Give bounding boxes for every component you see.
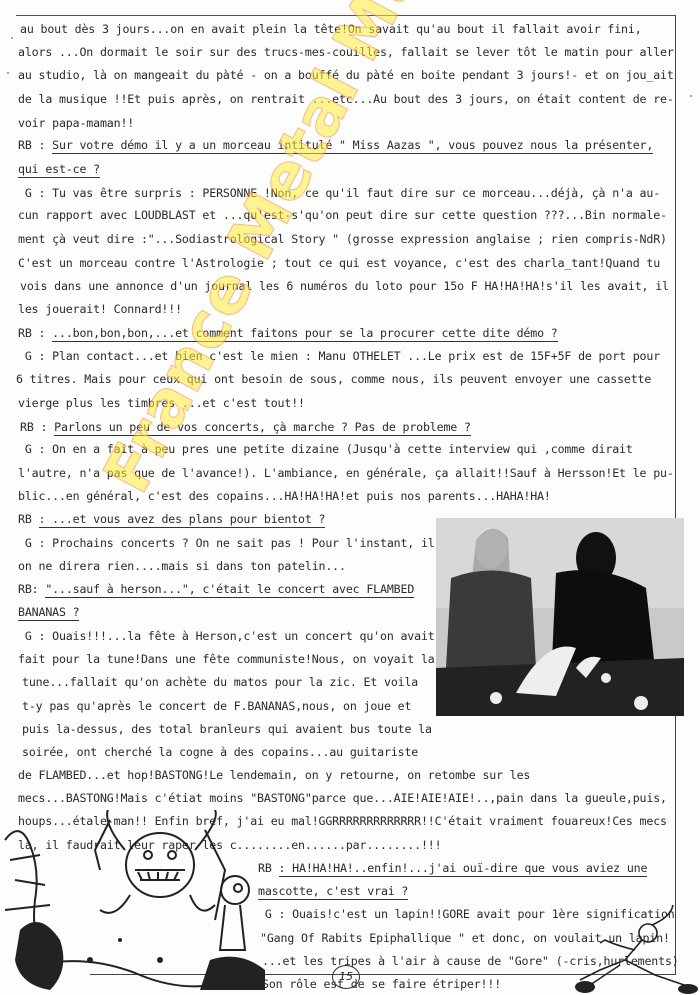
line-text: de FLAMBED...et hop!BASTONG!Le lendemain… [18,768,530,782]
text-line: l'autre, n'a pas que de l'avance!). L'am… [18,466,674,480]
line-text: au bout dès 3 jours...on en avait plein … [20,22,642,36]
line-text: alors ...On dormait le soir sur des truc… [18,45,674,59]
text-line: mecs...BASTONG!Mais c'étiat moins "BASTO… [18,791,667,805]
band-photo [436,518,684,716]
line-text: de la musique !!Et puis après, on rentra… [18,92,674,106]
fanzine-page: au bout dès 3 jours...on en avait plein … [0,0,700,995]
text-line: C'est un morceau contre l'Astrologie ; t… [18,256,660,270]
line-text: vierge plus les timbres ...et c'est tout… [18,396,305,410]
line-text: ...bon,bon,bon,...et comment faitons pou… [52,326,557,342]
line-text: Parlons un peu de vos concerts, çà march… [54,420,471,436]
text-line: fait pour la tune!Dans une fête communis… [18,652,435,666]
line-text: puis la-dessus, des total branleurs qui … [22,722,432,736]
line-text: ment çà veut dire :"...Sodiastrological … [18,232,667,246]
text-line: qui est-ce ? [18,162,100,176]
scan-speck [11,37,13,39]
text-line: soirée, ont cherché la cogne à des copai… [22,745,418,759]
text-line: on ne direra rien....mais si dans ton pa… [18,559,346,573]
text-line: alors ...On dormait le soir sur des truc… [18,45,674,59]
question-line: RB : Parlons un peu de vos concerts, çà … [20,420,471,434]
line-text: on ne direra rien....mais si dans ton pa… [18,559,346,573]
text-line: G : On en a fait à peu pres une petite d… [18,442,633,456]
line-text: mecs...BASTONG!Mais c'étiat moins "BASTO… [18,791,667,805]
speaker-label: RB: [18,582,45,596]
line-text: les jouerait! Connard!!! [18,302,182,316]
text-line: puis la-dessus, des total branleurs qui … [22,722,432,736]
line-text: C'est un morceau contre l'Astrologie ; t… [18,256,660,270]
monster-illustration [0,810,270,995]
line-text: vois dans une annonce d'un journal les 6… [20,279,669,293]
question-line: RB : ...bon,bon,bon,...et comment faiton… [18,326,558,340]
question-line: RB : ...et vous avez des plans pour bien… [18,512,325,526]
line-text: mascotte, c'est vrai ? [258,884,408,900]
line-text: fait pour la tune!Dans une fête communis… [18,652,435,666]
line-text: BANANAS ? [18,605,79,621]
question-line: RB : Sur votre démo il y a un morceau in… [18,138,653,152]
line-text: tune...fallait qu'on achète du matos pou… [22,675,418,689]
text-line: de FLAMBED...et hop!BASTONG!Le lendemain… [18,768,530,782]
line-text: G : Tu vas être surpris : PERSONNE !Non,… [18,186,660,200]
line-text: soirée, ont cherché la cogne à des copai… [22,745,418,759]
running-figure-illustration [560,905,700,995]
text-line: ment çà veut dire :"...Sodiastrological … [18,232,667,246]
question-line: RB : HA!HA!HA!..enfin!...j'ai ouï-dire q… [258,861,647,875]
text-line: Son rôle est de se faire étriper!!! [262,977,501,991]
line-text: "...sauf à herson...", c'était le concer… [45,582,414,598]
frame-border-top [16,15,675,16]
page-number: 15 [332,965,360,989]
line-text: G : Plan contact...et bien c'est le mien… [18,349,660,363]
text-line: au studio, là on mangeait du pàté - on a… [18,68,674,82]
line-text: Sur votre démo il y a un morceau intitul… [52,138,653,154]
line-text: 6 titres. Mais pour ceux qui ont besoin … [16,372,651,386]
text-line: les jouerait! Connard!!! [18,302,182,316]
text-line: blic...en général, c'est des copains...H… [18,489,551,503]
line-text: : HA!HA!HA!..enfin!...j'ai ouï-dire que … [279,861,648,877]
text-line: G : Tu vas être surpris : PERSONNE !Non,… [18,186,660,200]
line-text: qui est-ce ? [18,162,100,178]
line-text: Son rôle est de se faire étriper!!! [262,977,501,991]
text-line: vierge plus les timbres ...et c'est tout… [18,396,305,410]
line-text: au studio, là on mangeait du pàté - on a… [18,68,674,82]
text-line: G : Ouais!!!...la fête à Herson,c'est un… [18,629,435,643]
speaker-label: RB : [18,138,52,152]
speaker-label: RB : [18,326,52,340]
line-text: blic...en général, c'est des copains...H… [18,489,551,503]
text-line: t-y pas qu'après le concert de F.BANANAS… [22,699,411,713]
text-line: G : Plan contact...et bien c'est le mien… [18,349,660,363]
line-text: : ...et vous avez des plans pour bientot… [39,512,326,528]
text-line: BANANAS ? [18,605,79,619]
text-line: tune...fallait qu'on achète du matos pou… [22,675,418,689]
line-text: voir papa-maman!! [18,116,134,130]
line-text: cun rapport avec LOUDBLAST et ...qu'est-… [18,208,667,222]
text-line: 6 titres. Mais pour ceux qui ont besoin … [16,372,651,386]
line-text: G : On en a fait à peu pres une petite d… [18,442,633,456]
line-text: l'autre, n'a pas que de l'avance!). L'am… [18,466,674,480]
text-line: mascotte, c'est vrai ? [258,884,408,898]
text-line: vois dans une annonce d'un journal les 6… [20,279,669,293]
speaker-label: RB : [20,420,54,434]
line-text: t-y pas qu'après le concert de F.BANANAS… [22,699,411,713]
scan-speck [690,95,692,97]
text-line: au bout dès 3 jours...on en avait plein … [20,22,642,36]
scan-speck [7,72,9,74]
text-line: voir papa-maman!! [18,116,134,130]
speaker-label: RB [18,512,39,526]
text-line: de la musique !!Et puis après, on rentra… [18,92,674,106]
frame-border-right [675,15,676,975]
text-line: cun rapport avec LOUDBLAST et ...qu'est-… [18,208,667,222]
question-line: RB: "...sauf à herson...", c'était le co… [18,582,414,596]
line-text: G : Ouais!!!...la fête à Herson,c'est un… [18,629,435,643]
